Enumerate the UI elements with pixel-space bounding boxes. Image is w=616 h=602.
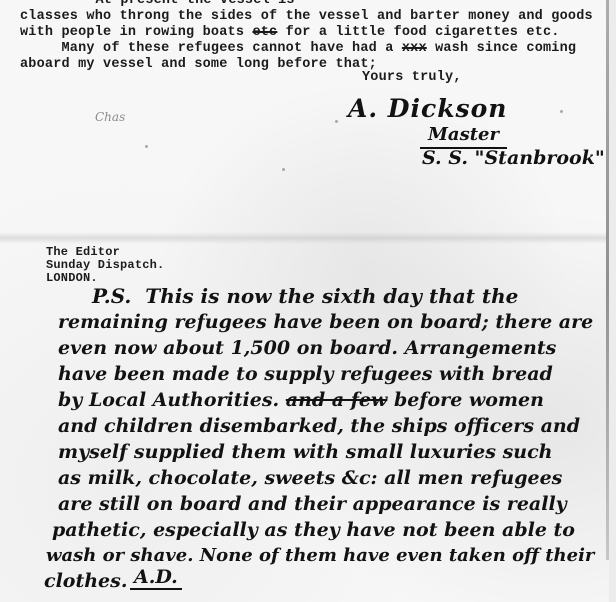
- postscript-line: have been made to supply refugees with b…: [58, 363, 553, 385]
- postscript-line: as milk, chocolate, sweets &c: all men r…: [58, 467, 562, 489]
- speck: [335, 120, 338, 123]
- postscript-line: myself supplied them with small luxuries…: [58, 441, 552, 463]
- speck: [282, 168, 285, 171]
- postscript-line: and children disembarked, the ships offi…: [58, 415, 580, 437]
- signature: A. Dickson: [348, 94, 507, 123]
- scan-margin: [609, 0, 616, 602]
- postscript-line: even now about 1,500 on board. Arrangeme…: [58, 337, 556, 359]
- paper-edge: [606, 0, 609, 560]
- postscript-line: clothes.: [44, 570, 127, 592]
- postscript-line: are still on board and their appearance …: [58, 493, 567, 515]
- typed-line: aboard my vessel and some long before th…: [20, 57, 377, 73]
- typed-text: for a little food cigarettes etc.: [277, 25, 559, 40]
- address-line: LONDON.: [46, 272, 98, 285]
- hand-text: by Local Authorities.: [58, 389, 279, 411]
- speck: [145, 145, 148, 148]
- postscript-line: P.S. This is now the sixth day that the: [92, 284, 518, 308]
- postscript-line: pathetic, especially as they have not be…: [52, 519, 575, 541]
- paper-fold: [0, 232, 606, 244]
- typed-line: classes who throng the sides of the vess…: [20, 9, 593, 25]
- struck-text: and a few: [286, 389, 388, 411]
- typed-line: At present the vessel is: [54, 0, 295, 9]
- typed-text: Many of these refugees cannot have had a: [20, 41, 394, 56]
- postscript-line: by Local Authorities. and a few before w…: [58, 389, 544, 411]
- postscript-line: remaining refugees have been on board; t…: [58, 311, 593, 333]
- postscript-line: wash or shave. None of them have even ta…: [46, 545, 594, 566]
- typed-line: with people in rowing boats etc for a li…: [20, 25, 560, 41]
- struck-text: etc: [252, 25, 277, 40]
- signature-title: Master: [420, 124, 507, 149]
- pencil-note: Chas: [95, 110, 125, 124]
- initials: A.D.: [130, 566, 182, 590]
- typed-text: wash since coming: [427, 41, 576, 56]
- typed-text: with people in rowing boats: [20, 25, 244, 40]
- struck-text: xxx: [402, 41, 427, 56]
- signature-ship: S. S. "Stanbrook": [422, 147, 605, 169]
- typed-line: Many of these refugees cannot have had a…: [20, 41, 576, 57]
- closing: Yours truly,: [362, 70, 462, 86]
- hand-text: before women: [387, 389, 544, 411]
- speck: [560, 110, 563, 113]
